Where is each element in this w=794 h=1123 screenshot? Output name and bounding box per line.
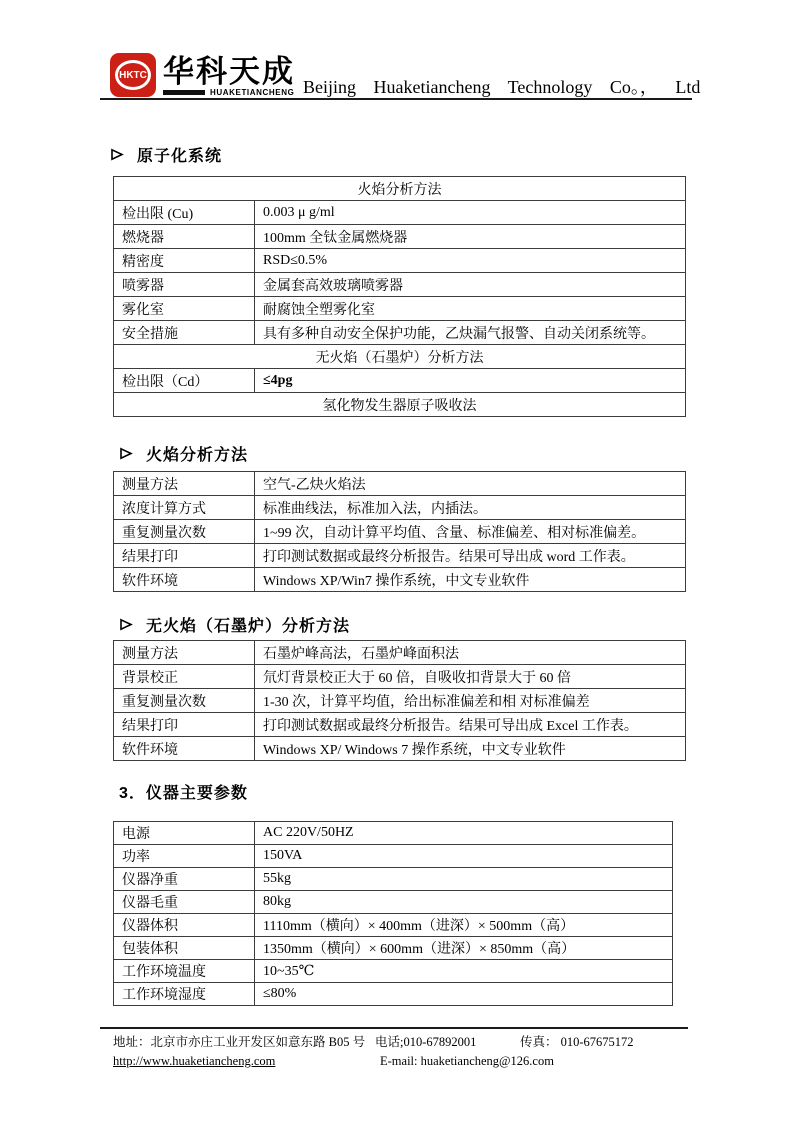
row-label-cell: 燃烧器: [114, 225, 255, 249]
section-heading-atomization: 原子化系统: [110, 144, 794, 164]
brand-underline-bar: [163, 90, 205, 95]
table-row: 安全措施具有多种自动安全保护功能，乙炔漏气报警、自动关闭系统等。: [114, 321, 686, 345]
table-row: 氢化物发生器原子吸收法: [114, 393, 686, 417]
table-row: 软件环境Windows XP/ Windows 7 操作系统，中文专业软件: [114, 737, 686, 761]
row-value-cell: 氘灯背景校正大于 60 倍，自吸收扣背景大于 60 倍: [255, 665, 686, 689]
footer-line-1: 地址：北京市亦庄工业开发区如意东路 B05 号 电话;010-67892001 …: [113, 1033, 688, 1052]
section-heading-flame: 火焰分析方法: [119, 443, 794, 463]
footer-email[interactable]: E-mail: huaketiancheng@126.com: [380, 1052, 554, 1071]
table-row: 仪器净重55kg: [114, 868, 673, 891]
row-value-cell: Windows XP/Win7 操作系统，中文专业软件: [255, 568, 686, 592]
merged-title-cell: 氢化物发生器原子吸收法: [114, 393, 686, 417]
table-row: 喷雾器金属套高效玻璃喷雾器: [114, 273, 686, 297]
table-row: 结果打印打印测试数据或最终分析报告。结果可导出成 word 工作表。: [114, 544, 686, 568]
company-logo: HKTC 华科天成 HUAKETIANCHENG: [110, 53, 295, 97]
row-value-cell: 1-30 次，计算平均值，给出标准偏差和相 对标准偏差: [255, 689, 686, 713]
table-row: 电源AC 220V/50HZ: [114, 822, 673, 845]
table-row: 精密度RSD≤0.5%: [114, 249, 686, 273]
table-row: 功率150VA: [114, 845, 673, 868]
row-label-cell: 软件环境: [114, 737, 255, 761]
graphite-method-table: 测量方法石墨炉峰高法，石墨炉峰面积法 背景校正氘灯背景校正大于 60 倍，自吸收…: [113, 640, 686, 761]
logo-badge-text: HKTC: [119, 70, 147, 81]
row-label-cell: 结果打印: [114, 544, 255, 568]
arrow-bullet-icon: [110, 148, 124, 161]
merged-title-cell: 无火焰（石墨炉）分析方法: [114, 345, 686, 369]
website-link[interactable]: http://www.huaketiancheng.com: [113, 1054, 275, 1068]
brand-chinese-name: 华科天成: [163, 57, 295, 86]
row-value-cell: AC 220V/50HZ: [255, 822, 673, 845]
footer-fax: 传真： 010-67675172: [520, 1033, 634, 1052]
flame-method-table: 测量方法空气-乙炔火焰法 浓度计算方式标准曲线法，标准加入法，内插法。 重复测量…: [113, 471, 686, 592]
row-label-cell: 雾化室: [114, 297, 255, 321]
row-label-cell: 功率: [114, 845, 255, 868]
row-label-cell: 安全措施: [114, 321, 255, 345]
row-label-cell: 仪器体积: [114, 914, 255, 937]
row-label-cell: 结果打印: [114, 713, 255, 737]
row-value-cell: 标准曲线法，标准加入法，内插法。: [255, 496, 686, 520]
row-value-cell: 空气-乙炔火焰法: [255, 472, 686, 496]
row-label-cell: 检出限（Cd）: [114, 369, 255, 393]
section-heading-graphite: 无火焰（石墨炉）分析方法: [119, 614, 794, 634]
table-row: 浓度计算方式标准曲线法，标准加入法，内插法。: [114, 496, 686, 520]
row-label-cell: 重复测量次数: [114, 520, 255, 544]
row-label-cell: 重复测量次数: [114, 689, 255, 713]
page-footer: 地址：北京市亦庄工业开发区如意东路 B05 号 电话;010-67892001 …: [100, 1027, 688, 1071]
table-row: 仪器体积1110mm（横向）× 400mm（进深）× 500mm（高）: [114, 914, 673, 937]
row-label-cell: 测量方法: [114, 472, 255, 496]
section-title: 原子化系统: [137, 143, 222, 166]
arrow-bullet-icon: [119, 447, 133, 460]
brand-block: 华科天成 HUAKETIANCHENG: [163, 57, 295, 97]
row-label-cell: 仪器净重: [114, 868, 255, 891]
table-row: 工作环境温度10~35℃: [114, 960, 673, 983]
table-row: 重复测量次数1-30 次，计算平均值，给出标准偏差和相 对标准偏差: [114, 689, 686, 713]
row-value-cell: 金属套高效玻璃喷雾器: [255, 273, 686, 297]
section-title: 无火焰（石墨炉）分析方法: [146, 613, 350, 636]
section-title: 火焰分析方法: [146, 442, 248, 465]
atomization-table: 火焰分析方法 检出限 (Cu)0.003 μ g/ml 燃烧器100mm 全钛金…: [113, 176, 686, 417]
row-value-cell: 150VA: [255, 845, 673, 868]
row-value-cell: 80kg: [255, 891, 673, 914]
row-label-cell: 包装体积: [114, 937, 255, 960]
footer-address: 地址：北京市亦庄工业开发区如意东路 B05 号: [113, 1033, 375, 1052]
row-value-cell: 100mm 全钛金属燃烧器: [255, 225, 686, 249]
table-row: 测量方法空气-乙炔火焰法: [114, 472, 686, 496]
footer-line-2: http://www.huaketiancheng.com E-mail: hu…: [113, 1052, 688, 1071]
table-row: 雾化室耐腐蚀全塑雾化室: [114, 297, 686, 321]
row-value-cell: Windows XP/ Windows 7 操作系统，中文专业软件: [255, 737, 686, 761]
row-value-cell: RSD≤0.5%: [255, 249, 686, 273]
row-label-cell: 喷雾器: [114, 273, 255, 297]
row-label-cell: 浓度计算方式: [114, 496, 255, 520]
document-page: HKTC 华科天成 HUAKETIANCHENG Beijing Huaketi…: [0, 0, 794, 1123]
hktc-logo-badge: HKTC: [110, 53, 156, 97]
brand-english-name: HUAKETIANCHENG: [210, 88, 294, 97]
table-row: 结果打印打印测试数据或最终分析报告。结果可导出成 Excel 工作表。: [114, 713, 686, 737]
section-title: 3．仪器主要参数: [119, 780, 248, 803]
row-value-cell: 打印测试数据或最终分析报告。结果可导出成 word 工作表。: [255, 544, 686, 568]
row-value-cell: 10~35℃: [255, 960, 673, 983]
table-row: 火焰分析方法: [114, 177, 686, 201]
table-row: 包装体积1350mm（横向）× 600mm（进深）× 850mm（高）: [114, 937, 673, 960]
row-label-cell: 精密度: [114, 249, 255, 273]
table-row: 重复测量次数1~99 次，自动计算平均值、含量、标准偏差、相对标准偏差。: [114, 520, 686, 544]
row-label-cell: 工作环境湿度: [114, 983, 255, 1006]
row-label-cell: 测量方法: [114, 641, 255, 665]
main-parameters-table: 电源AC 220V/50HZ 功率150VA 仪器净重55kg 仪器毛重80kg…: [113, 821, 673, 1006]
table-row: 检出限 (Cu)0.003 μ g/ml: [114, 201, 686, 225]
row-value-cell: ≤4pg: [255, 369, 686, 393]
row-label-cell: 检出限 (Cu): [114, 201, 255, 225]
row-value-cell: 1~99 次，自动计算平均值、含量、标准偏差、相对标准偏差。: [255, 520, 686, 544]
footer-phone: 电话;010-67892001: [375, 1033, 520, 1052]
page-header: HKTC 华科天成 HUAKETIANCHENG Beijing Huaketi…: [100, 0, 692, 100]
row-value-cell: 打印测试数据或最终分析报告。结果可导出成 Excel 工作表。: [255, 713, 686, 737]
section-heading-parameters: 3．仪器主要参数: [119, 781, 794, 801]
row-label-cell: 软件环境: [114, 568, 255, 592]
table-row: 仪器毛重80kg: [114, 891, 673, 914]
table-row: 检出限（Cd）≤4pg: [114, 369, 686, 393]
row-value-cell: 耐腐蚀全塑雾化室: [255, 297, 686, 321]
row-label-cell: 背景校正: [114, 665, 255, 689]
logo-ring: HKTC: [115, 60, 151, 90]
row-value-cell: 具有多种自动安全保护功能，乙炔漏气报警、自动关闭系统等。: [255, 321, 686, 345]
row-value-cell: 1110mm（横向）× 400mm（进深）× 500mm（高）: [255, 914, 673, 937]
table-row: 背景校正氘灯背景校正大于 60 倍，自吸收扣背景大于 60 倍: [114, 665, 686, 689]
table-row: 燃烧器100mm 全钛金属燃烧器: [114, 225, 686, 249]
table-row: 无火焰（石墨炉）分析方法: [114, 345, 686, 369]
row-value-cell: 0.003 μ g/ml: [255, 201, 686, 225]
row-value-cell: ≤80%: [255, 983, 673, 1006]
row-label-cell: 电源: [114, 822, 255, 845]
table-row: 工作环境湿度≤80%: [114, 983, 673, 1006]
brand-subline: HUAKETIANCHENG: [163, 88, 295, 97]
row-label-cell: 工作环境温度: [114, 960, 255, 983]
row-value-cell: 55kg: [255, 868, 673, 891]
merged-title-cell: 火焰分析方法: [114, 177, 686, 201]
row-value-cell: 石墨炉峰高法，石墨炉峰面积法: [255, 641, 686, 665]
row-label-cell: 仪器毛重: [114, 891, 255, 914]
table-row: 软件环境Windows XP/Win7 操作系统，中文专业软件: [114, 568, 686, 592]
arrow-bullet-icon: [119, 618, 133, 631]
row-value-cell: 1350mm（横向）× 600mm（进深）× 850mm（高）: [255, 937, 673, 960]
company-name-english: Beijing Huaketiancheng Technology Co。， L…: [303, 78, 700, 98]
table-row: 测量方法石墨炉峰高法，石墨炉峰面积法: [114, 641, 686, 665]
